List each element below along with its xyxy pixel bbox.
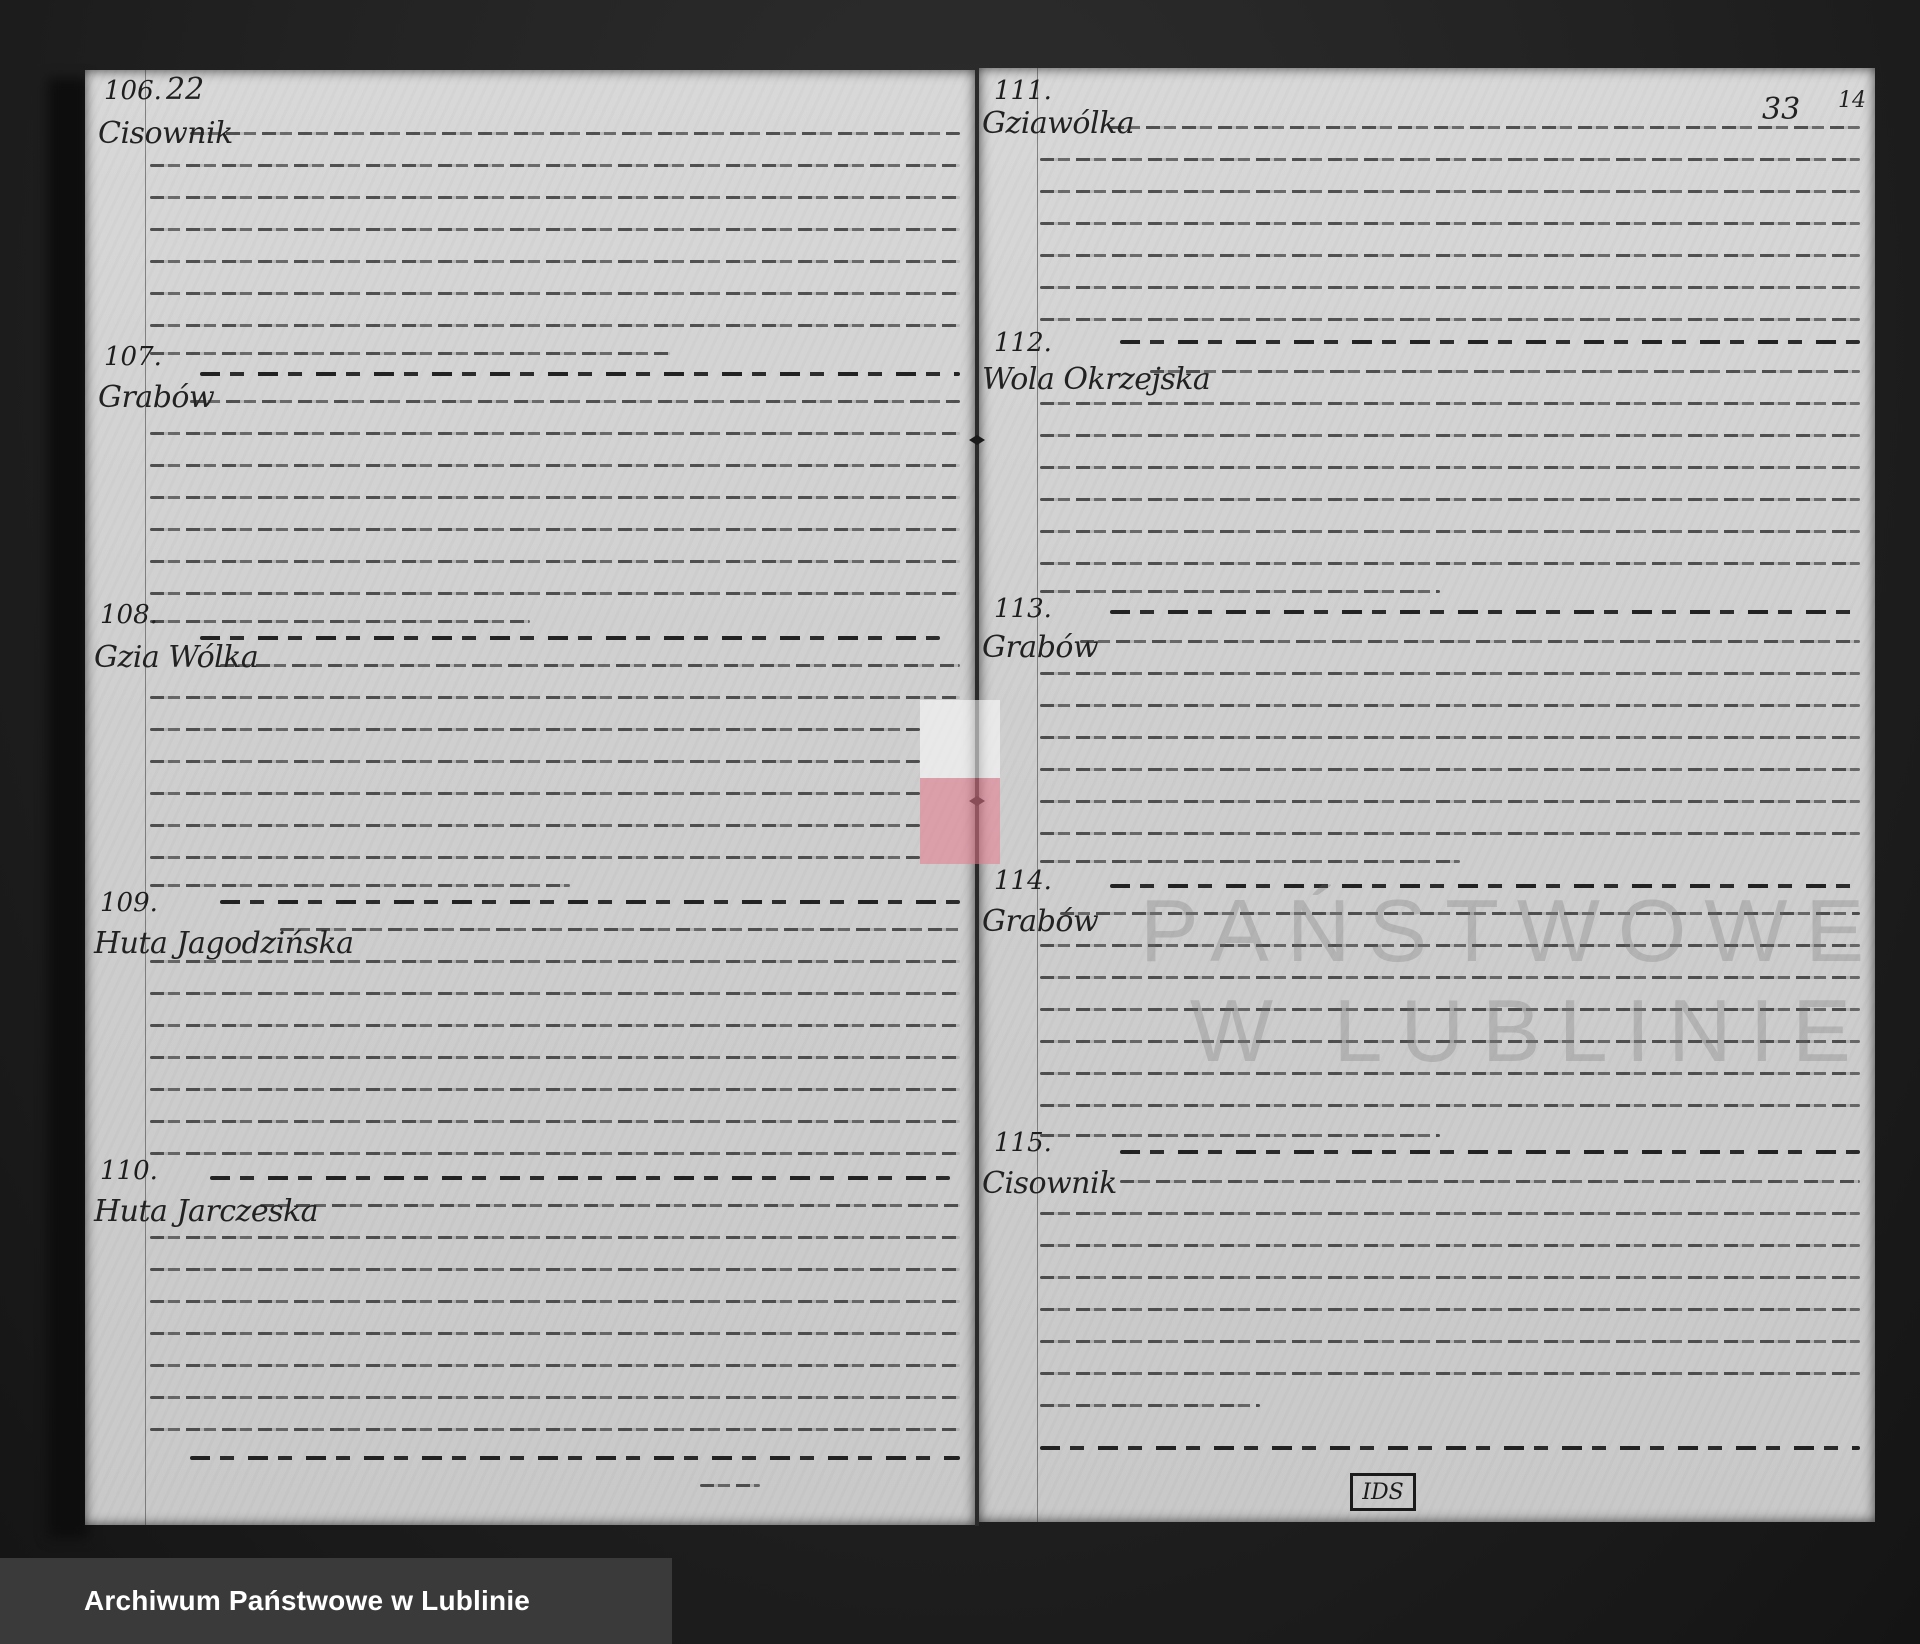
entry-number: 108. bbox=[100, 600, 158, 630]
entry-place: Grabów bbox=[98, 380, 214, 415]
entry-place: Grabów bbox=[982, 630, 1098, 665]
entry-number: 106. bbox=[104, 76, 162, 106]
book-edge-shadow bbox=[48, 78, 88, 1538]
entry-number: 115. bbox=[994, 1128, 1052, 1158]
entry-number: 114. bbox=[994, 866, 1052, 896]
folio-number: 14 bbox=[1838, 88, 1866, 113]
viewer-highlight-overlay bbox=[920, 700, 1000, 778]
entry-number: 111. bbox=[994, 76, 1052, 106]
entry-place: Gzia Wólka bbox=[94, 640, 258, 675]
entry-number: 112. bbox=[994, 328, 1052, 358]
entry-place: Huta Jarczeska bbox=[94, 1194, 318, 1229]
entry-place: Grabów bbox=[982, 904, 1098, 939]
archive-banner: Archiwum Państwowe w Lublinie bbox=[0, 1558, 672, 1644]
archive-name: Archiwum Państwowe w Lublinie bbox=[84, 1585, 530, 1617]
archive-watermark: PAŃSTWOWE bbox=[1140, 880, 1882, 982]
archive-watermark: W LUBLINIE bbox=[1190, 980, 1869, 1082]
page-number: 33 bbox=[1762, 92, 1800, 127]
entry-number: 113. bbox=[994, 594, 1052, 624]
entry-place: Gziawólka bbox=[982, 106, 1134, 141]
entry-number: 110. bbox=[100, 1156, 158, 1186]
left-margin-rule bbox=[145, 70, 146, 1525]
entry-number: 109. bbox=[100, 888, 158, 918]
entry-place: Cisownik bbox=[982, 1166, 1117, 1201]
entry-place: Huta Jagodzińska bbox=[94, 926, 354, 961]
entry-number: 107. bbox=[104, 342, 162, 372]
right-margin-rule bbox=[1037, 68, 1038, 1522]
entry-place: Wola Okrzejska bbox=[982, 362, 1210, 397]
archive-stamp: IDS bbox=[1350, 1473, 1416, 1511]
left-page bbox=[85, 70, 975, 1525]
page-number: 22 bbox=[166, 72, 204, 107]
viewer-highlight-overlay bbox=[920, 778, 1000, 864]
